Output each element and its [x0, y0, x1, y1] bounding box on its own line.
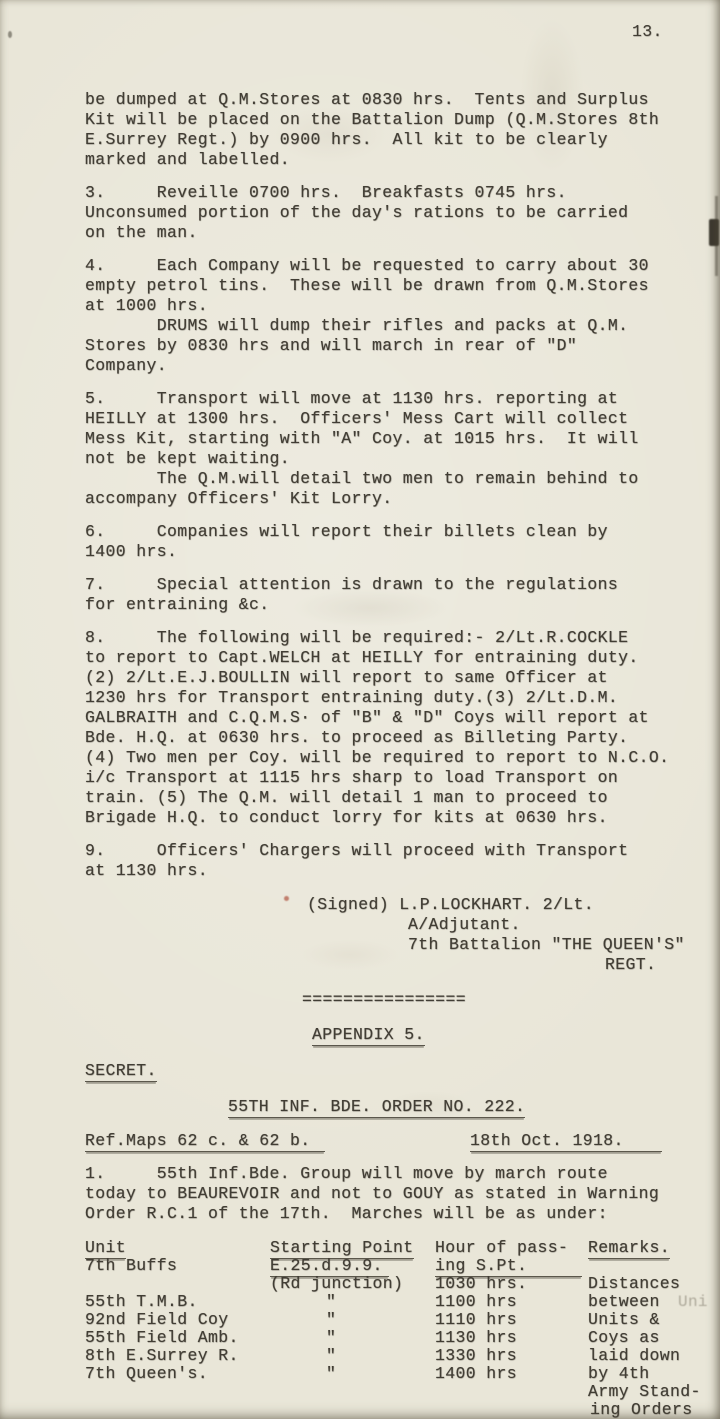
text-line: 92nd Field Coy"1110 hrsUnits & [85, 1310, 700, 1328]
text-segment: 55TH INF. BDE. ORDER NO. 222. [228, 1097, 525, 1118]
text-line: today to BEAUREVOIR and not to GOUY as s… [85, 1184, 700, 1204]
text-segment: A/Adjutant. [408, 915, 521, 934]
text-line: The Q.M.will detail two men to remain be… [85, 469, 700, 489]
item-4: 4. Each Company will be requested to car… [85, 256, 700, 376]
text-line: marked and labelled. [85, 150, 700, 170]
reference-line: Ref.Maps 62 c. & 62 b.18th Oct. 1918. [85, 1131, 700, 1151]
text-segment: 92nd Field Coy [85, 1310, 229, 1329]
text-segment: 1400 hrs. [85, 542, 177, 561]
text-segment: empty petrol tins. These will be drawn f… [85, 276, 649, 295]
text-segment: (2) 2/Lt.E.J.BOULLIN will report to same… [85, 668, 608, 687]
text-line: SECRET. [85, 1061, 700, 1081]
text-line: 1. 55th Inf.Bde. Group will move by marc… [85, 1164, 700, 1184]
signature-block: (Signed) L.P.LOCKHART. 2/Lt.A/Adjutant.7… [85, 895, 700, 975]
text-segment: 7. Special attention is drawn to the reg… [85, 575, 618, 594]
text-segment: Stores by 0830 hrs and will march in rea… [85, 336, 577, 355]
text-line: Company. [85, 356, 700, 376]
text-line: 55th T.M.B."1100 hrsbetween [85, 1292, 700, 1310]
text-segment: " [326, 1328, 336, 1347]
text-segment: 1400 hrs [435, 1364, 517, 1383]
text-line: 1230 hrs for Transport entraining duty.(… [85, 688, 700, 708]
text-line: Stores by 0830 hrs and will march in rea… [85, 336, 700, 356]
text-segment: " [326, 1310, 336, 1329]
text-segment: by 4th [588, 1364, 650, 1383]
text-segment: for entraining &c. [85, 595, 270, 614]
appendix-heading: APPENDIX 5. [85, 1025, 700, 1045]
text-line: UnitStarting PointHour of pass-Remarks. [85, 1238, 700, 1256]
text-segment: 1100 hrs [435, 1292, 517, 1311]
item-5: 5. Transport will move at 1130 hrs. repo… [85, 389, 700, 509]
text-line: Kit will be placed on the Battalion Dump… [85, 110, 700, 130]
text-segment: Unconsumed portion of the day's rations … [85, 203, 628, 222]
text-segment: 1. 55th Inf.Bde. Group will move by marc… [85, 1164, 608, 1183]
text-segment: " [326, 1346, 336, 1365]
text-segment: not be kept waiting. [85, 449, 290, 468]
text-line: ================ [85, 990, 700, 1010]
text-segment: Hour of pass- [435, 1238, 568, 1257]
text-segment: Distances [588, 1274, 680, 1293]
text-segment: 4. Each Company will be requested to car… [85, 256, 649, 275]
text-line: 9. Officers' Chargers will proceed with … [85, 841, 700, 861]
text-line: (Signed) L.P.LOCKHART. 2/Lt. [85, 895, 700, 915]
text-segment: " [326, 1292, 336, 1311]
text-segment: 1230 hrs for Transport entraining duty.(… [85, 688, 618, 707]
text-segment: Mess Kit, starting with "A" Coy. at 1015… [85, 429, 639, 448]
text-segment: SECRET. [85, 1061, 157, 1082]
ink-speck [8, 31, 12, 38]
text-line: GALBRAITH and C.Q.M.S· of "B" & "D" Coys… [85, 708, 700, 728]
text-segment: 55th T.M.B. [85, 1292, 198, 1311]
text-segment: 9. Officers' Chargers will proceed with … [85, 841, 628, 860]
text-segment: i/c Transport at 1115 hrs sharp to load … [85, 768, 618, 787]
text-segment: The Q.M.will detail two men to remain be… [85, 469, 639, 488]
text-segment: (Signed) L.P.LOCKHART. 2/Lt. [307, 895, 594, 914]
text-line: 3. Reveille 0700 hrs. Breakfasts 0745 hr… [85, 183, 700, 203]
text-segment: HEILLY at 1300 hrs. Officers' Mess Cart … [85, 409, 628, 428]
text-segment: train. (5) The Q.M. will detail 1 man to… [85, 788, 608, 807]
text-line: Army Stand- [85, 1382, 700, 1400]
scanned-document-page: 13. be dumped at Q.M.Stores at 0830 hrs.… [0, 0, 720, 1419]
bleed-through-text: Uni [678, 1293, 708, 1311]
text-line: 55th Field Amb."1130 hrsCoys as [85, 1328, 700, 1346]
text-line: DRUMS will dump their rifles and packs a… [85, 316, 700, 336]
text-segment: 1330 hrs [435, 1346, 517, 1365]
text-line: 7th Battalion "THE QUEEN'S" [85, 935, 700, 955]
text-line: i/c Transport at 1115 hrs sharp to load … [85, 768, 700, 788]
text-segment: Coys as [588, 1328, 660, 1347]
order-heading: 55TH INF. BDE. ORDER NO. 222. [85, 1097, 700, 1117]
text-line: 8. The following will be required:- 2/Lt… [85, 628, 700, 648]
text-segment: 6. Companies will report their billets c… [85, 522, 608, 541]
text-segment: at 1130 hrs. [85, 861, 208, 880]
text-segment: E.Surrey Regt.) by 0900 hrs. All kit to … [85, 130, 608, 149]
text-segment: Kit will be placed on the Battalion Dump… [85, 110, 659, 129]
text-segment: ing Orders [590, 1400, 693, 1419]
text-line: 1400 hrs. [85, 542, 700, 562]
text-line: HEILLY at 1300 hrs. Officers' Mess Cart … [85, 409, 700, 429]
text-segment: Army Stand- [588, 1382, 701, 1401]
text-segment: (4) Two men per Coy. will be required to… [85, 748, 669, 767]
text-segment: " [326, 1364, 336, 1383]
text-line: at 1130 hrs. [85, 861, 700, 881]
text-line: A/Adjutant. [85, 915, 700, 935]
secret-heading: SECRET. [85, 1061, 700, 1081]
item-6: 6. Companies will report their billets c… [85, 522, 700, 562]
text-segment: to report to Capt.WELCH at HEILLY for en… [85, 648, 639, 667]
continuation-paragraph: be dumped at Q.M.Stores at 0830 hrs. Ten… [85, 90, 700, 170]
text-segment: 8th E.Surrey R. [85, 1346, 239, 1365]
text-segment: 8. The following will be required:- 2/Lt… [85, 628, 628, 647]
text-segment: DRUMS will dump their rifles and packs a… [85, 316, 628, 335]
text-segment: 5. Transport will move at 1130 hrs. repo… [85, 389, 618, 408]
text-segment: 3. Reveille 0700 hrs. Breakfasts 0745 hr… [85, 183, 567, 202]
text-line: train. (5) The Q.M. will detail 1 man to… [85, 788, 700, 808]
text-segment: 55th Field Amb. [85, 1328, 239, 1347]
text-line: accompany Officers' Kit Lorry. [85, 489, 700, 509]
text-segment: Ref.Maps 62 c. & 62 b. [85, 1131, 325, 1152]
page-number: 13. [632, 22, 663, 41]
text-line: (4) Two men per Coy. will be required to… [85, 748, 700, 768]
text-line: empty petrol tins. These will be drawn f… [85, 276, 700, 296]
text-segment: 7th Queen's. [85, 1364, 208, 1383]
text-segment: Company. [85, 356, 167, 375]
separator: ================ [85, 990, 700, 1010]
text-segment: 7th Buffs [85, 1256, 177, 1275]
text-segment: today to BEAUREVOIR and not to GOUY as s… [85, 1184, 659, 1203]
text-segment: Brigade H.Q. to conduct lorry for kits a… [85, 808, 608, 827]
text-segment: be dumped at Q.M.Stores at 0830 hrs. Ten… [85, 90, 649, 109]
text-segment: at 1000 hrs. [85, 296, 208, 315]
item-9: 9. Officers' Chargers will proceed with … [85, 841, 700, 881]
text-line: Mess Kit, starting with "A" Coy. at 1015… [85, 429, 700, 449]
text-segment: 1030 hrs. [435, 1274, 527, 1293]
red-ink-speck [284, 896, 289, 901]
text-line: (Rd junction)1030 hrs.Distances [85, 1274, 700, 1292]
text-line: 7th BuffsE.25.d.9.9.ing S.Pt. [85, 1256, 700, 1274]
text-segment: 7th Battalion "THE QUEEN'S" [408, 935, 685, 954]
text-segment: 18th Oct. 1918. [470, 1131, 662, 1152]
text-segment: Units & [588, 1310, 660, 1329]
scan-edge-line [715, 196, 718, 276]
text-line: for entraining &c. [85, 595, 700, 615]
text-line: 8th E.Surrey R."1330 hrslaid down [85, 1346, 700, 1364]
text-segment: ================ [302, 990, 466, 1009]
text-segment: marked and labelled. [85, 150, 290, 169]
item-3: 3. Reveille 0700 hrs. Breakfasts 0745 hr… [85, 183, 700, 243]
text-line: Ref.Maps 62 c. & 62 b.18th Oct. 1918. [85, 1131, 700, 1151]
text-line: E.Surrey Regt.) by 0900 hrs. All kit to … [85, 130, 700, 150]
text-line: not be kept waiting. [85, 449, 700, 469]
item-7: 7. Special attention is drawn to the reg… [85, 575, 700, 615]
text-line: 6. Companies will report their billets c… [85, 522, 700, 542]
text-segment: REGT. [605, 955, 656, 974]
text-line: Brigade H.Q. to conduct lorry for kits a… [85, 808, 700, 828]
text-line: Unconsumed portion of the day's rations … [85, 203, 700, 223]
text-segment: accompany Officers' Kit Lorry. [85, 489, 393, 508]
document-body: be dumped at Q.M.Stores at 0830 hrs. Ten… [85, 90, 700, 1418]
item-8: 8. The following will be required:- 2/Lt… [85, 628, 700, 828]
text-line: to report to Capt.WELCH at HEILLY for en… [85, 648, 700, 668]
march-table: UnitStarting PointHour of pass-Remarks.7… [85, 1238, 700, 1418]
text-line: ing Orders [85, 1400, 700, 1418]
text-segment: Order R.C.1 of the 17th. Marches will be… [85, 1204, 608, 1223]
text-segment: 1110 hrs [435, 1310, 517, 1329]
text-line: 4. Each Company will be requested to car… [85, 256, 700, 276]
text-segment: APPENDIX 5. [312, 1025, 425, 1046]
text-line: REGT. [85, 955, 700, 975]
text-line: APPENDIX 5. [85, 1025, 700, 1045]
text-segment: Bde. H.Q. at 0630 hrs. to proceed as Bil… [85, 728, 628, 747]
text-line: 5. Transport will move at 1130 hrs. repo… [85, 389, 700, 409]
text-line: be dumped at Q.M.Stores at 0830 hrs. Ten… [85, 90, 700, 110]
text-segment: (Rd junction) [270, 1274, 403, 1293]
text-segment: on the man. [85, 223, 198, 242]
text-line: Order R.C.1 of the 17th. Marches will be… [85, 1204, 700, 1224]
text-line: at 1000 hrs. [85, 296, 700, 316]
text-line: (2) 2/Lt.E.J.BOULLIN will report to same… [85, 668, 700, 688]
text-segment: GALBRAITH and C.Q.M.S· of "B" & "D" Coys… [85, 708, 649, 727]
text-line: 7th Queen's."1400 hrsby 4th [85, 1364, 700, 1382]
text-line: 7. Special attention is drawn to the reg… [85, 575, 700, 595]
text-segment: between [588, 1292, 660, 1311]
text-line: Bde. H.Q. at 0630 hrs. to proceed as Bil… [85, 728, 700, 748]
text-line: 55TH INF. BDE. ORDER NO. 222. [85, 1097, 700, 1117]
text-line: on the man. [85, 223, 700, 243]
item-1: 1. 55th Inf.Bde. Group will move by marc… [85, 1164, 700, 1224]
text-segment: 1130 hrs [435, 1328, 517, 1347]
text-segment: laid down [588, 1346, 680, 1365]
